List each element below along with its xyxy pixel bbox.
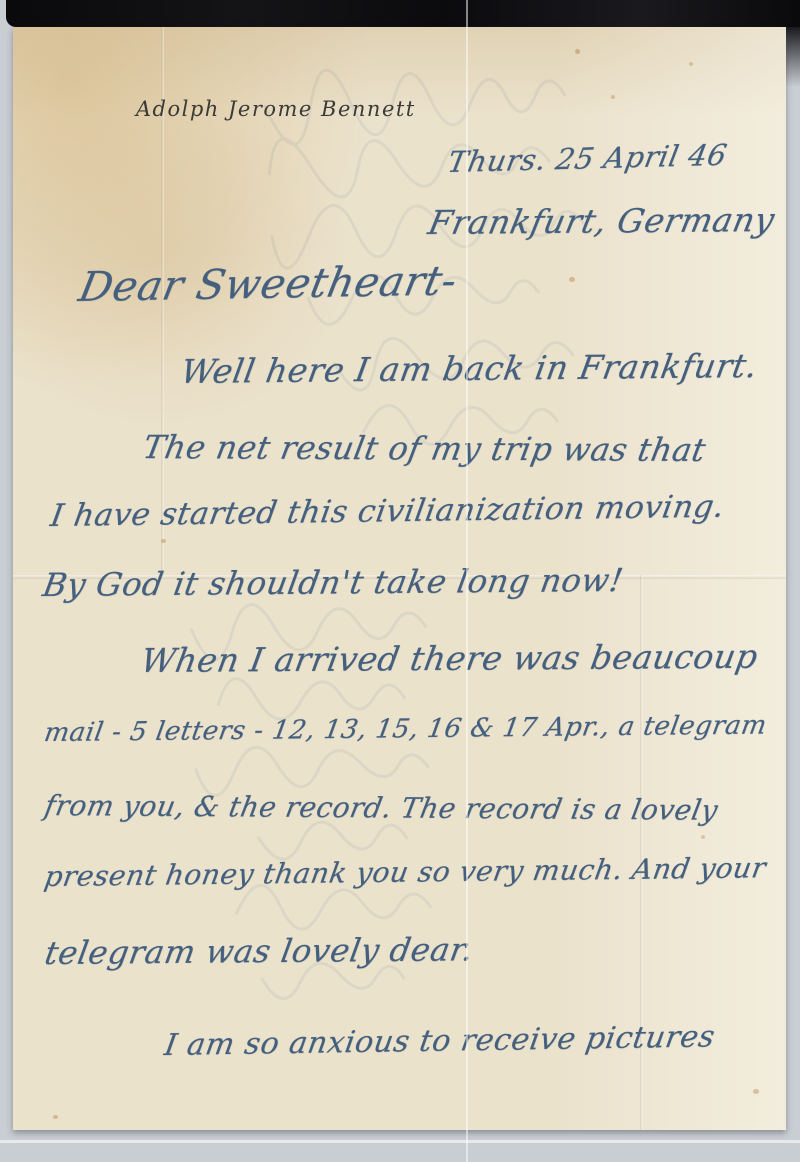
- foxing-spot: [701, 835, 705, 839]
- letter-body-line: Well here I am back in Frankfurt.: [178, 346, 761, 391]
- location-line: Frankfurt, Germany: [425, 200, 778, 242]
- foxing-spot: [611, 95, 615, 99]
- letter-body-line: The net result of my trip was that: [140, 428, 709, 469]
- scanner-edge-shadow: [786, 27, 800, 87]
- letter-body-line: When I arrived there was beaucoup: [138, 637, 761, 680]
- scan-fold-line: [466, 0, 468, 1162]
- salutation: Dear Sweetheart-: [75, 256, 461, 311]
- foxing-spot: [161, 539, 166, 543]
- letter-body-line: By God it shouldn't take long now!: [40, 561, 626, 604]
- scanned-letter-page: Adolph Jerome Bennett Thurs. 25 April 46…: [0, 0, 800, 1162]
- foxing-spot: [53, 1115, 58, 1119]
- foxing-spot: [569, 277, 575, 282]
- letterhead-name: Adolph Jerome Bennett: [13, 97, 539, 121]
- letter-body-line: from you, & the record. The record is a …: [42, 789, 721, 827]
- foxing-spot: [689, 62, 693, 66]
- scanner-streak: [0, 1140, 800, 1143]
- scanner-edge-bar: [6, 0, 800, 27]
- letter-body-line: telegram was lovely dear.: [42, 930, 476, 972]
- foxing-spot: [575, 49, 580, 54]
- foxing-spot: [753, 1089, 759, 1094]
